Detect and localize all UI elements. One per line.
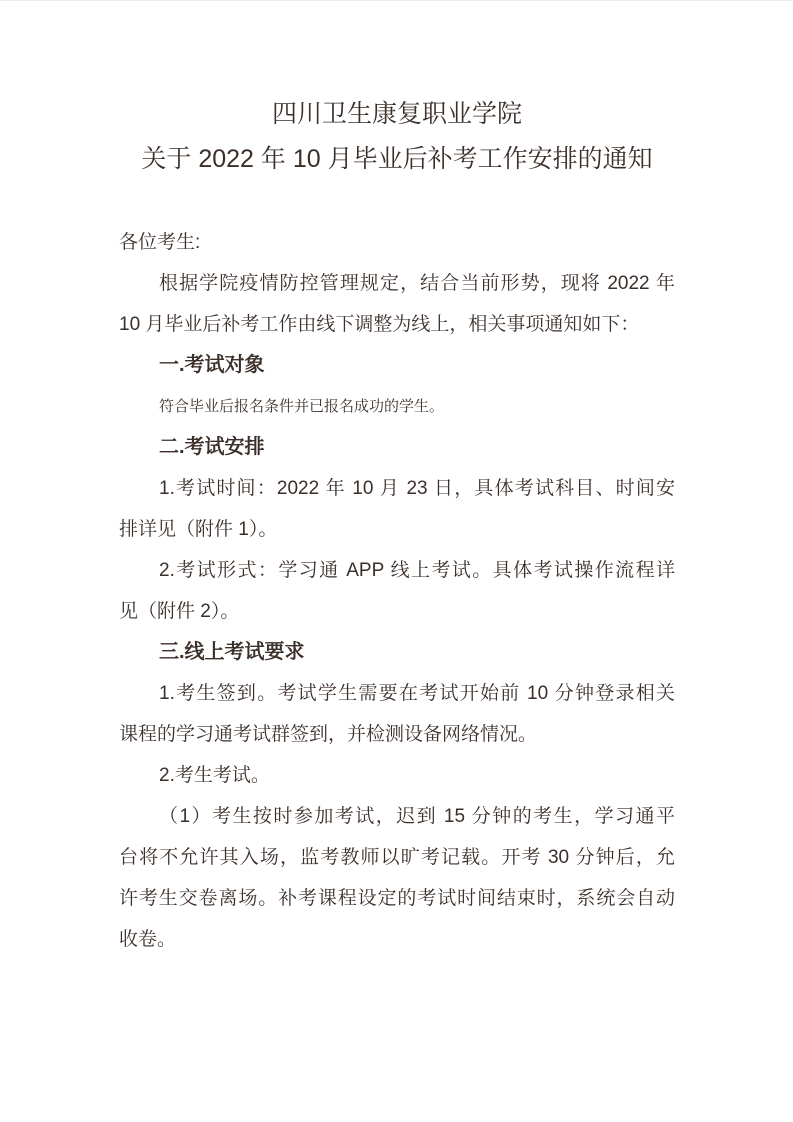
section-3-heading: 三.线上考试要求 — [119, 632, 675, 673]
section-3-line-3: 2.考生考试。 — [119, 755, 675, 796]
intro-line-2: 10 月毕业后补考工作由线下调整为线上，相关事项通知如下： — [119, 304, 675, 345]
intro-line-1: 根据学院疫情防控管理规定，结合当前形势，现将 2022 年 — [119, 263, 675, 304]
section-1-heading: 一.考试对象 — [119, 345, 675, 386]
section-2-line-4: 见（附件 2）。 — [119, 591, 675, 632]
section-2-line-1: 1.考试时间：2022 年 10 月 23 日，具体考试科目、时间安 — [119, 468, 675, 509]
section-3-line-2: 课程的学习通考试群签到，并检测设备网络情况。 — [119, 714, 675, 755]
document-content: 四川卫生康复职业学院 关于 2022 年 10 月毕业后补考工作安排的通知 各位… — [0, 1, 793, 960]
section-3-line-5: 台将不允许其入场，监考教师以旷考记载。开考 30 分钟后，允 — [119, 837, 675, 878]
section-3-line-1: 1.考生签到。考试学生需要在考试开始前 10 分钟登录相关 — [119, 673, 675, 714]
section-3-line-4: （1）考生按时参加考试，迟到 15 分钟的考生，学习通平 — [119, 796, 675, 837]
section-1-line-1: 符合毕业后报名条件并已报名成功的学生。 — [119, 386, 675, 427]
document-page: 四川卫生康复职业学院 关于 2022 年 10 月毕业后补考工作安排的通知 各位… — [0, 0, 793, 1122]
section-3-line-7: 收卷。 — [119, 919, 675, 960]
section-2-line-3: 2.考试形式：学习通 APP 线上考试。具体考试操作流程详 — [119, 550, 675, 591]
section-2-line-2: 排详见（附件 1）。 — [119, 509, 675, 550]
notice-title: 四川卫生康复职业学院 — [119, 92, 675, 137]
salutation: 各位考生: — [119, 222, 675, 263]
section-2-heading: 二.考试安排 — [119, 427, 675, 468]
section-3-line-6: 许考生交卷离场。补考课程设定的考试时间结束时，系统会自动 — [119, 878, 675, 919]
notice-subtitle: 关于 2022 年 10 月毕业后补考工作安排的通知 — [119, 137, 675, 182]
